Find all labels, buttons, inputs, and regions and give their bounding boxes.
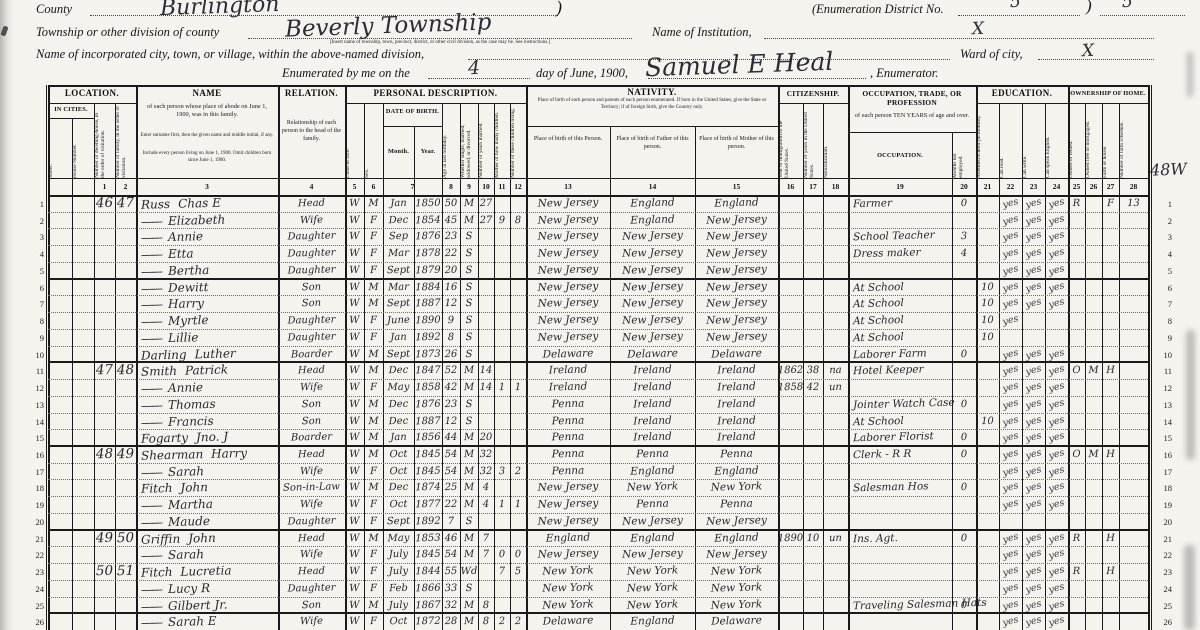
cell-yu: 38 (803, 362, 823, 379)
ditto-mark: —— (141, 515, 161, 530)
cell-col: W (345, 278, 364, 295)
row-number-right: 6 (1154, 283, 1172, 293)
in-cities-title: IN CITIES. (48, 106, 94, 116)
col-fs-label: Number of farm schedule. (1120, 105, 1147, 179)
cell-mne: 0 (952, 429, 976, 446)
cell-age: 22 (442, 245, 460, 262)
cell-pf: Ireland (610, 395, 695, 414)
cell-mc: 1 (494, 379, 510, 396)
cell-mo: Jan (383, 429, 414, 447)
cell-sch: 10 (976, 295, 999, 312)
cell-rel: Daughter (280, 311, 343, 329)
enum-district-label: (Enumeration District No. (812, 2, 944, 17)
cell-age: 22 (442, 496, 460, 513)
cell-pb: New Jersey (526, 311, 610, 330)
cell-age: 33 (442, 580, 460, 597)
row-number-left: 2 (28, 216, 44, 226)
cell-name: ——Sarah E (138, 611, 279, 630)
cell-mne: 0 (952, 446, 976, 463)
given-name: John (188, 531, 216, 546)
cell-sex: F (364, 613, 383, 630)
cell-col: W (345, 462, 364, 479)
table-hline (848, 132, 976, 133)
cell-cl: 0 (510, 546, 526, 563)
column-number-dwelling: 1 (94, 182, 115, 193)
cell-mar: M (460, 362, 478, 379)
cell-col: W (345, 613, 364, 630)
cell-rel: Wife (280, 378, 343, 396)
cell-pb: Ireland (526, 378, 610, 397)
col-month-label: Month. (383, 148, 414, 158)
column-number-pm: 15 (695, 182, 778, 193)
cell-mo: Oct (383, 446, 414, 464)
column-number-sch: 21 (976, 182, 999, 193)
cell-occ: Salesman Hos (850, 478, 953, 497)
column-number-occ: 19 (848, 182, 952, 193)
cell-rel: Wife (280, 495, 343, 513)
cell-mo: Mar (383, 278, 414, 296)
cell-pb: New York (526, 562, 610, 581)
column-number-fh: 27 (1102, 182, 1119, 193)
ditto-mark: —— (141, 582, 161, 597)
cell-mar: S (460, 513, 478, 530)
cell-pb: Penna (526, 428, 610, 447)
cell-age: 12 (442, 295, 460, 312)
cell-age: 42 (442, 379, 460, 396)
cell-age: 8 (442, 329, 460, 346)
institution-line (764, 38, 1154, 39)
cell-pb: Delaware (526, 612, 610, 630)
row-number-right: 9 (1154, 333, 1172, 343)
enum-district-value: 5 (1010, 0, 1022, 12)
ward-label: Ward of city, (960, 47, 1023, 62)
table-hline (48, 118, 94, 119)
cell-fam: 51 (115, 563, 136, 580)
ditto-mark: —— (141, 298, 161, 313)
cell-fh: H (1102, 446, 1119, 463)
cell-rel: Daughter (280, 512, 343, 530)
row-number-left: 16 (28, 450, 44, 460)
cell-sex: F (364, 513, 383, 530)
cell-mo: Sept (383, 295, 414, 313)
cell-ym: 7 (478, 529, 494, 546)
cell-pf: England (610, 612, 695, 630)
column-number-marital: 9 (460, 182, 478, 193)
given-name: Sarah (168, 548, 204, 563)
ditto-mark: —— (141, 549, 161, 564)
cell-sex: M (364, 412, 383, 429)
nativity-note: Place of birth of each person and parent… (532, 98, 772, 122)
col-occ-label: OCCUPATION. (848, 152, 952, 162)
ditto-mark: —— (141, 214, 161, 229)
cell-pb: New York (526, 579, 610, 598)
cell-yr: 1884 (414, 278, 442, 295)
cell-sex: M (364, 278, 383, 295)
cell-age: 16 (442, 278, 460, 295)
cell-rel: Head (280, 361, 343, 379)
cell-mar: Wd (460, 563, 478, 580)
cell-col: W (345, 245, 364, 262)
row-number-right: 3 (1154, 232, 1172, 242)
cell-mc: 9 (494, 212, 510, 229)
cell-occ: Farmer (850, 194, 953, 213)
cell-mo: Dec (383, 362, 414, 380)
dob-title: DATE OF BIRTH. (383, 108, 442, 126)
row-number-left: 21 (28, 534, 44, 544)
col-mor-label: Owned free or mortgaged. (1086, 105, 1101, 179)
cell-fh: F (1102, 195, 1119, 212)
cell-mar: M (460, 596, 478, 613)
cell-sex: M (364, 345, 383, 362)
cell-mo: Sept (383, 262, 414, 280)
given-name: Harry (211, 446, 247, 461)
col-house-label: House Number. (73, 120, 93, 179)
cell-mar: S (460, 262, 478, 279)
cell-mor: M (1085, 446, 1102, 463)
cell-fh: H (1102, 362, 1119, 379)
cell-sex: F (364, 563, 383, 580)
given-name: Luther (194, 346, 235, 361)
cell-sex: M (364, 195, 383, 212)
cell-sex: F (364, 546, 383, 563)
cell-col: W (345, 412, 364, 429)
location-title: LOCATION. (48, 88, 136, 100)
ditto-mark: —— (141, 616, 161, 630)
row-number-left: 20 (28, 517, 44, 527)
cell-sex: F (364, 211, 383, 228)
cell-age: 32 (442, 596, 460, 613)
cell-rel: Wife (280, 546, 343, 564)
cell-yr: 1890 (414, 312, 442, 329)
cell-fam: 49 (115, 446, 136, 463)
cell-mne: 0 (952, 479, 976, 496)
cell-pf: New Jersey (610, 311, 695, 330)
surname: Fogarty (141, 431, 188, 446)
cell-age: 46 (442, 529, 460, 546)
cell-cl: 1 (510, 496, 526, 513)
cell-dw: 49 (94, 529, 115, 546)
cell-rel: Head (280, 445, 343, 463)
cell-ym: 27 (478, 195, 494, 212)
cell-yr: 1876 (414, 228, 442, 245)
row-number-right: 11 (1154, 366, 1172, 376)
cell-yr: 1892 (414, 328, 442, 345)
name-title: NAME (136, 88, 278, 100)
table-vline (1148, 85, 1150, 630)
cell-yr: 1850 (414, 195, 442, 212)
cell-col: W (345, 345, 364, 362)
nativity-title: NATIVITY. (526, 87, 778, 97)
cell-ym: 32 (478, 462, 494, 479)
cell-mar: S (460, 228, 478, 245)
name-note1: Enter surname first, then the given name… (140, 133, 274, 145)
cell-mo: July (383, 596, 414, 614)
cell-ym: 14 (478, 362, 494, 379)
cell-pm: Ireland (695, 395, 778, 414)
column-number-color: 5 (345, 182, 364, 193)
cell-ym: 20 (478, 429, 494, 446)
cell-ym: 32 (478, 446, 494, 463)
column-number-nat: 18 (823, 182, 848, 193)
row-number-right: 18 (1154, 483, 1172, 493)
name-note2: Include every person living on June 1, 1… (140, 151, 274, 167)
cell-occ: Ins. Agt. (850, 528, 953, 547)
scan-smudge (1184, 545, 1195, 630)
row-number-left: 7 (28, 299, 44, 309)
cell-mne: 0 (952, 345, 976, 362)
cell-age: 7 (442, 513, 460, 530)
col-wr-label: Can write. (1023, 105, 1044, 179)
cell-yr: 1876 (414, 395, 442, 412)
column-number-mc: 11 (494, 182, 510, 193)
row-number-right: 7 (1154, 299, 1172, 309)
given-name: Thomas (168, 397, 216, 412)
row-number-left: 12 (28, 383, 44, 393)
cell-col: W (345, 513, 364, 530)
ditto-mark: —— (141, 499, 161, 514)
col-fh-label: Farm or house. (1103, 105, 1118, 179)
cell-pf: England (610, 194, 695, 213)
col-dwelling-label: Number of dwelling-house, in the order o… (95, 105, 114, 179)
cell-mar: M (460, 211, 478, 228)
cell-rel: Daughter (280, 244, 343, 262)
cell-sex: M (364, 396, 383, 413)
given-name: Francis (168, 414, 214, 429)
cell-col: W (345, 329, 364, 346)
ditto-mark: —— (141, 231, 161, 246)
cell-yr: 1845 (414, 446, 442, 463)
col-mc-label: Mother of how many children. (495, 105, 509, 179)
relation-title: RELATION. (278, 88, 345, 100)
row-number-right: 8 (1154, 316, 1172, 326)
cell-sex: M (364, 295, 383, 312)
given-name: Bertha (168, 263, 210, 278)
column-number-dob: 7 (383, 182, 442, 193)
cell-own: R (1068, 563, 1085, 580)
cell-col: W (345, 496, 364, 513)
cell-occ: Dress maker (850, 244, 953, 263)
cell-sex: F (364, 312, 383, 329)
cell-cl: 8 (510, 212, 526, 229)
cell-pm: New Jersey (695, 512, 778, 531)
cell-own: O (1068, 446, 1085, 463)
cell-pm: Ireland (695, 428, 778, 447)
cell-mo: Dec (383, 412, 414, 430)
given-name: Patrick (185, 363, 228, 378)
given-name: Dewitt (168, 280, 209, 295)
col-rd-label: Can read. (1000, 105, 1021, 179)
enum-district-brace: ) (1086, 0, 1092, 16)
cell-occ: Hotel Keeper (850, 361, 953, 380)
cell-col: W (345, 596, 364, 613)
row-number-right: 16 (1154, 450, 1172, 460)
cell-col: W (345, 379, 364, 396)
cell-own: O (1068, 362, 1085, 379)
cell-rel: Head (280, 194, 343, 212)
cell-pb: New Jersey (526, 261, 610, 280)
cell-mar: S (460, 345, 478, 362)
cell-age: 20 (442, 262, 460, 279)
cell-pf: Ireland (610, 378, 695, 397)
given-name: Lucy R (168, 581, 210, 596)
row-number-right: 4 (1154, 249, 1172, 259)
row-number-right: 15 (1154, 433, 1172, 443)
given-name: Etta (168, 247, 194, 262)
column-number-relation: 4 (278, 182, 345, 193)
cell-pb: New Jersey (526, 495, 610, 514)
cell-sch: 10 (976, 312, 999, 329)
cell-pm: New York (695, 562, 778, 581)
cell-age: 55 (442, 563, 460, 580)
surname: Griffin (141, 532, 181, 547)
column-number-sex: 6 (364, 182, 383, 193)
given-name: Annie (168, 230, 203, 245)
cell-mo: May (383, 379, 414, 397)
cell-pb: New Jersey (526, 512, 610, 531)
cell-pf: New Jersey (610, 244, 695, 263)
given-name: Lillie (168, 330, 199, 345)
cell-age: 54 (442, 462, 460, 479)
cell-yr: 1874 (414, 479, 442, 496)
cell-nat: na (823, 362, 848, 379)
cell-sex: M (364, 479, 383, 496)
ditto-mark: —— (141, 315, 161, 330)
row-number-left: 4 (28, 249, 44, 259)
cell-mar: S (460, 245, 478, 262)
cell-rel: Son (280, 412, 343, 430)
cell-occ: Jointer Watch Case (850, 394, 953, 413)
enumerated-label: Enumerated by me on the (282, 66, 410, 81)
given-name: Myrtle (168, 313, 209, 328)
row-number-right: 13 (1154, 400, 1172, 410)
surname: Fitch (141, 565, 173, 580)
cell-mne: 0 (952, 195, 976, 212)
cell-pf: Penna (610, 495, 695, 514)
cell-sex: F (364, 228, 383, 245)
row-number-right: 5 (1154, 266, 1172, 276)
column-number-age: 8 (442, 182, 460, 193)
occupation-title: OCCUPATION, TRADE, OR PROFESSION (848, 89, 976, 109)
cell-col: W (345, 228, 364, 245)
cell-pf: New York (610, 579, 695, 598)
cell-mo: Jan (383, 195, 414, 213)
cell-pb: New Jersey (526, 328, 610, 347)
cell-col: W (345, 396, 364, 413)
row-number-left: 24 (28, 584, 44, 594)
cell-mor: M (1085, 362, 1102, 379)
cell-sch: 10 (976, 278, 999, 295)
cell-mc: 7 (494, 563, 510, 580)
cell-pb: New Jersey (526, 244, 610, 263)
cell-sex: F (364, 496, 383, 513)
col-pb-label: Place of birth of this Person. (528, 136, 608, 172)
cell-pm: Penna (695, 495, 778, 514)
cell-mo: July (383, 546, 414, 564)
cell-mar: S (460, 329, 478, 346)
column-number-fs: 28 (1119, 182, 1148, 193)
cell-im: 1890 (778, 529, 803, 546)
row-number-left: 8 (28, 316, 44, 326)
cell-rel: Head (280, 562, 343, 580)
col-age-label: Age at last birthday. (443, 105, 459, 179)
column-number-cl: 12 (510, 182, 526, 193)
row-number-right: 20 (1154, 517, 1172, 527)
cell-yr: 1858 (414, 379, 442, 396)
enum-district-value2: 5 (1122, 0, 1134, 12)
cell-yr: 1853 (414, 529, 442, 546)
cell-yr: 1854 (414, 211, 442, 228)
column-number-mor: 26 (1085, 182, 1102, 193)
scan-ink-mark (0, 25, 8, 36)
cell-dw: 50 (94, 563, 115, 580)
cell-pf: New York (610, 562, 695, 581)
cell-rel: Wife (280, 612, 343, 630)
row-number-right: 23 (1154, 567, 1172, 577)
cell-pm: New Jersey (695, 261, 778, 280)
cell-fam: 50 (115, 529, 136, 546)
row-number-right: 14 (1154, 417, 1172, 427)
cell-dw: 47 (94, 362, 115, 379)
cell-pm: New Jersey (695, 244, 778, 263)
enum-district-line2 (1100, 15, 1185, 16)
given-name: Jno. J (196, 430, 228, 445)
cell-mo: Sep (383, 228, 414, 246)
cell-mar: S (460, 312, 478, 329)
cell-age: 54 (442, 446, 460, 463)
cell-mne: 0 (952, 395, 976, 412)
cell-nat: un (823, 379, 848, 396)
cell-col: W (345, 479, 364, 496)
cell-ym: 14 (478, 379, 494, 396)
cell-mar: M (460, 462, 478, 479)
cell-col: W (345, 546, 364, 563)
given-name: Annie (168, 381, 203, 396)
cell-yr: 1847 (414, 362, 442, 379)
row-number-left: 3 (28, 232, 44, 242)
relation-desc: Relationship of each person to the head … (281, 120, 342, 154)
cell-yu: 10 (803, 529, 823, 546)
cell-mar: M (460, 546, 478, 563)
col-own-label: Owned or rented. (1069, 105, 1084, 179)
institution-value: X (972, 19, 985, 39)
cell-im: 1862 (778, 362, 803, 379)
cell-pm: England (695, 194, 778, 213)
col-marital-label: Whether single, married, widowed, or div… (461, 105, 477, 179)
cell-mo: Oct (383, 462, 414, 480)
column-number-ym: 10 (478, 182, 494, 193)
given-name: Sarah (168, 464, 204, 479)
cell-ym: 7 (478, 546, 494, 563)
cell-col: W (345, 262, 364, 279)
row-number-left: 11 (28, 366, 44, 376)
cell-yr: 1867 (414, 596, 442, 613)
cell-dw: 48 (94, 446, 115, 463)
cell-age: 23 (442, 396, 460, 413)
cell-yu: 42 (803, 379, 823, 396)
row-number-left: 25 (28, 601, 44, 611)
cell-rel: Daughter (280, 261, 343, 279)
col-street-label: Street. (49, 120, 71, 179)
cell-rel: Son (280, 596, 343, 614)
surname: Smith (141, 364, 177, 379)
cell-fh: H (1102, 529, 1119, 546)
cell-mo: May (383, 529, 414, 547)
cell-mar: M (460, 496, 478, 513)
column-number-en: 24 (1045, 182, 1068, 193)
ditto-mark: —— (141, 599, 161, 614)
cell-pm: New Jersey (695, 328, 778, 347)
table-hline (778, 103, 848, 104)
